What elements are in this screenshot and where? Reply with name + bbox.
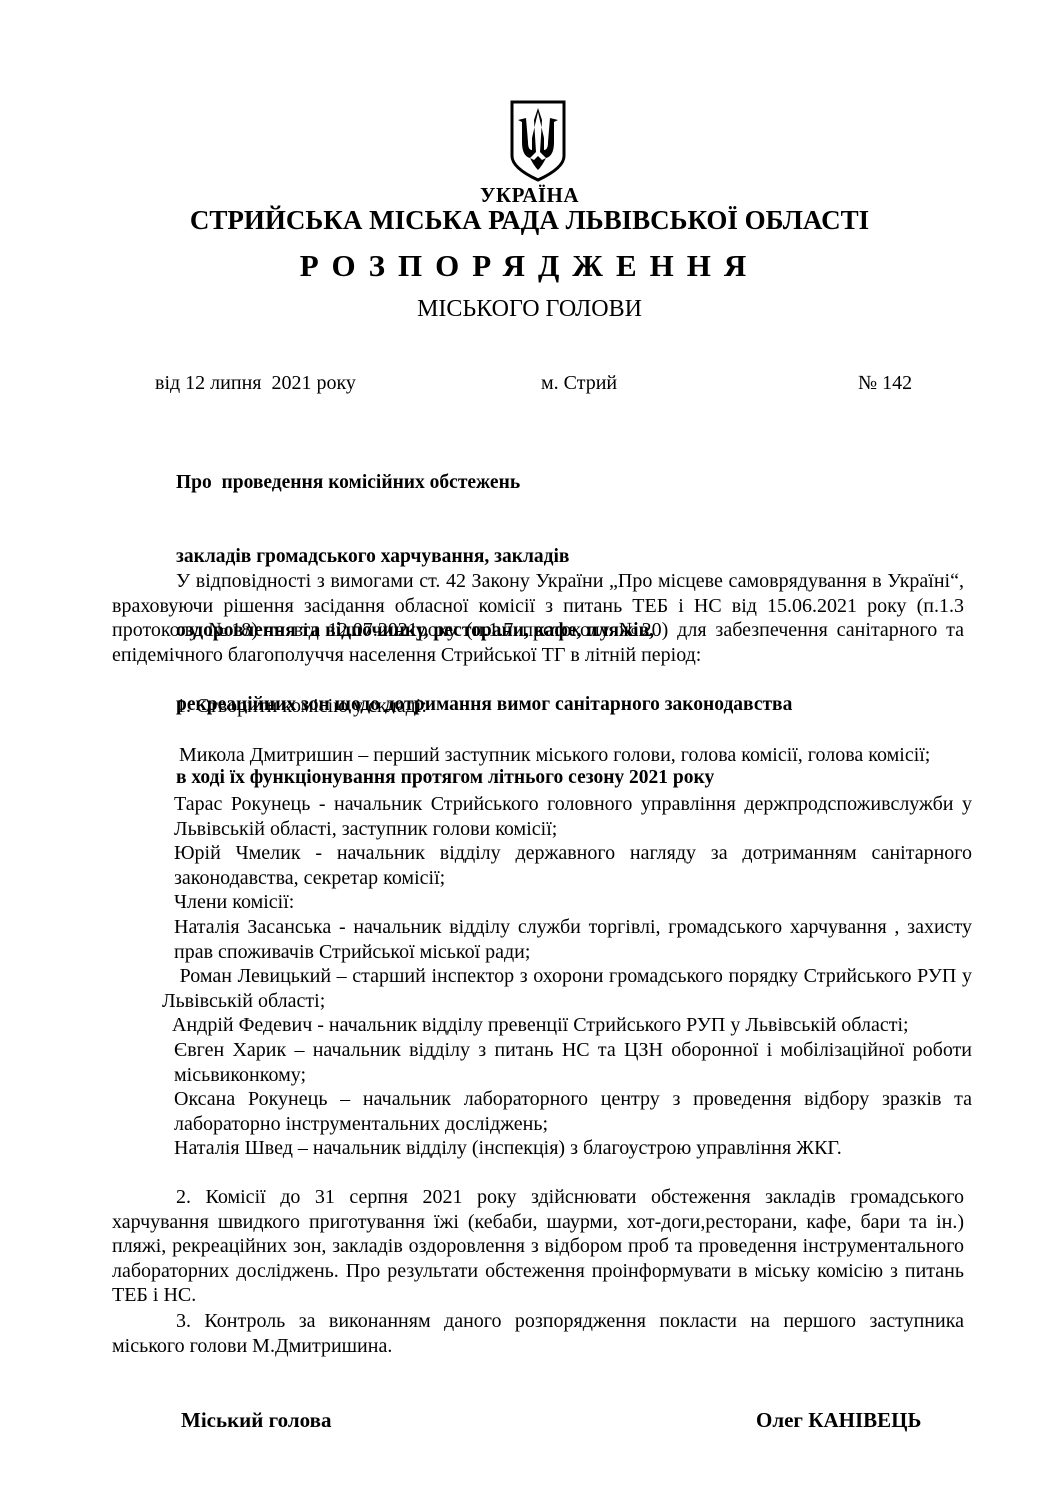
member-deputy: Тарас Рокунець - начальник Стрийського г… xyxy=(174,792,972,841)
signature-name: Олег КАНІВЕЦЬ xyxy=(756,1408,921,1433)
document-type-subheading: МІСЬКОГО ГОЛОВИ xyxy=(0,296,1059,323)
subject-line: в ході їх функціонування протягом літньо… xyxy=(176,766,856,791)
member: Наталія Засанська - начальник відділу сл… xyxy=(174,915,972,964)
member-chair: Микола Дмитришин – перший заступник місь… xyxy=(174,743,972,768)
subject-line: Про проведення комісійних обстежень xyxy=(176,471,856,496)
point-3-paragraph: 3. Контроль за виконанням даного розпоря… xyxy=(112,1309,964,1358)
subject-line: закладів громадського харчування, заклад… xyxy=(176,545,856,570)
member: Роман Левицький – старший інспектор з ох… xyxy=(162,964,972,1013)
document-type-heading: РОЗПОРЯДЖЕННЯ xyxy=(0,248,1059,284)
trident-coat-of-arms-icon xyxy=(508,98,568,182)
document-city: м. Стрий xyxy=(541,372,617,395)
member: Євген Харик – начальник відділу з питань… xyxy=(174,1038,972,1087)
signature-position: Міський голова xyxy=(181,1408,331,1433)
preamble-paragraph: У відповідності з вимогами ст. 42 Закону… xyxy=(112,569,964,667)
member: Оксана Рокунець – начальник лабораторног… xyxy=(174,1087,972,1136)
council-heading: СТРИЙСЬКА МІСЬКА РАДА ЛЬВІВСЬКОЇ ОБЛАСТІ xyxy=(0,205,1059,236)
document-number: № 142 xyxy=(858,372,912,395)
members-label: Члени комісії: xyxy=(174,890,972,915)
document-date: від 12 липня 2021 року xyxy=(155,372,356,395)
member: Наталія Швед – начальник відділу (інспек… xyxy=(174,1136,972,1161)
member: Андрій Федевич - начальник відділу преве… xyxy=(172,1013,972,1038)
point-2-paragraph: 2. Комісії до 31 серпня 2021 року здійсн… xyxy=(112,1185,964,1308)
point-1-title: 1. Створити комісію у складі: xyxy=(176,694,427,719)
member-secretary: Юрій Чмелик - начальник відділу державно… xyxy=(174,841,972,890)
